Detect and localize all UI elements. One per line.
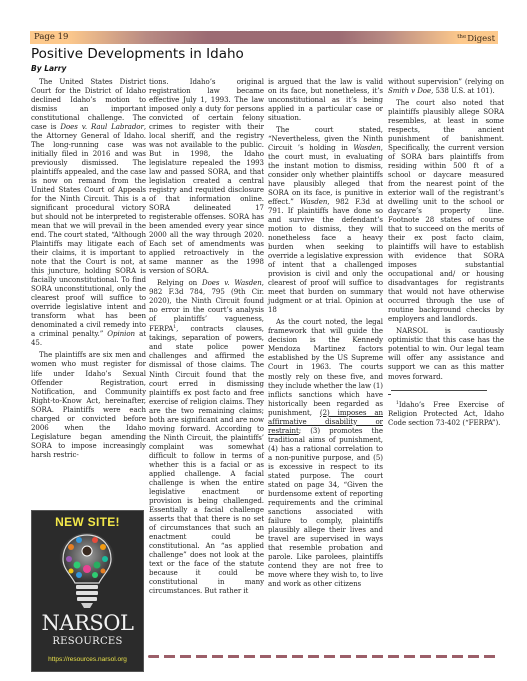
- narsol-resources-ad[interactable]: NEW SITE! NARSOL RESOURCES https://resou…: [31, 510, 144, 672]
- page-header-bar: Page 19 theDigest: [30, 31, 498, 44]
- publication-prefix: the: [457, 34, 466, 40]
- footnote: 1Idaho’s Free Exercise of Religion Prote…: [388, 399, 504, 427]
- article-column-1: The United States District Court for the…: [31, 77, 146, 459]
- ad-url-link[interactable]: https://resources.narsol.org: [32, 656, 143, 663]
- case-name: Wasden: [353, 143, 380, 152]
- paragraph: NARSOL is cautiously optimistic that thi…: [388, 326, 504, 380]
- dashed-divider: [148, 655, 497, 658]
- paragraph: The court stated, “Nevertheless, given t…: [268, 125, 383, 314]
- ad-subtitle: RESOURCES: [32, 636, 143, 647]
- paragraph: is argued that the law is valid on its f…: [268, 77, 383, 122]
- footnote-divider: [391, 390, 487, 391]
- case-name: Smith v Doe: [388, 86, 431, 95]
- paragraph: Relying on Does v. Wasden, 982 F.3d 784,…: [149, 278, 264, 595]
- article-byline: By Larry: [31, 64, 66, 73]
- paragraph: The court also noted that plaintiffs pla…: [388, 98, 504, 323]
- article-title: Positive Developments in Idaho: [31, 46, 244, 62]
- page-number: Page 19: [34, 31, 68, 44]
- article-column-4: without supervision” (relying on Smith v…: [388, 77, 504, 427]
- publication-name: theDigest: [457, 31, 495, 46]
- ad-brand: NARSOL: [32, 611, 143, 635]
- article-column-2: tions. Idaho’s original registration law…: [149, 77, 264, 595]
- citation: Opinion: [107, 329, 135, 338]
- citation: Wasden: [300, 197, 327, 206]
- ad-headline: NEW SITE!: [32, 515, 143, 529]
- paragraph: The United States District Court for the…: [31, 77, 146, 347]
- publication-title: Digest: [467, 34, 495, 44]
- lightbulb-icon: [57, 531, 117, 611]
- paragraph: tions. Idaho’s original registration law…: [149, 77, 264, 275]
- paragraph: The plaintiffs are six men and women who…: [31, 350, 146, 458]
- case-name: Does v. Raul Labrador: [60, 122, 143, 131]
- article-column-3: is argued that the law is valid on its f…: [268, 77, 383, 588]
- footnote-dash: [388, 394, 391, 395]
- paragraph: without supervision” (relying on Smith v…: [388, 77, 504, 95]
- paragraph: As the court noted, the legal framework …: [268, 317, 383, 587]
- case-name: Does v. Wasden: [202, 278, 262, 287]
